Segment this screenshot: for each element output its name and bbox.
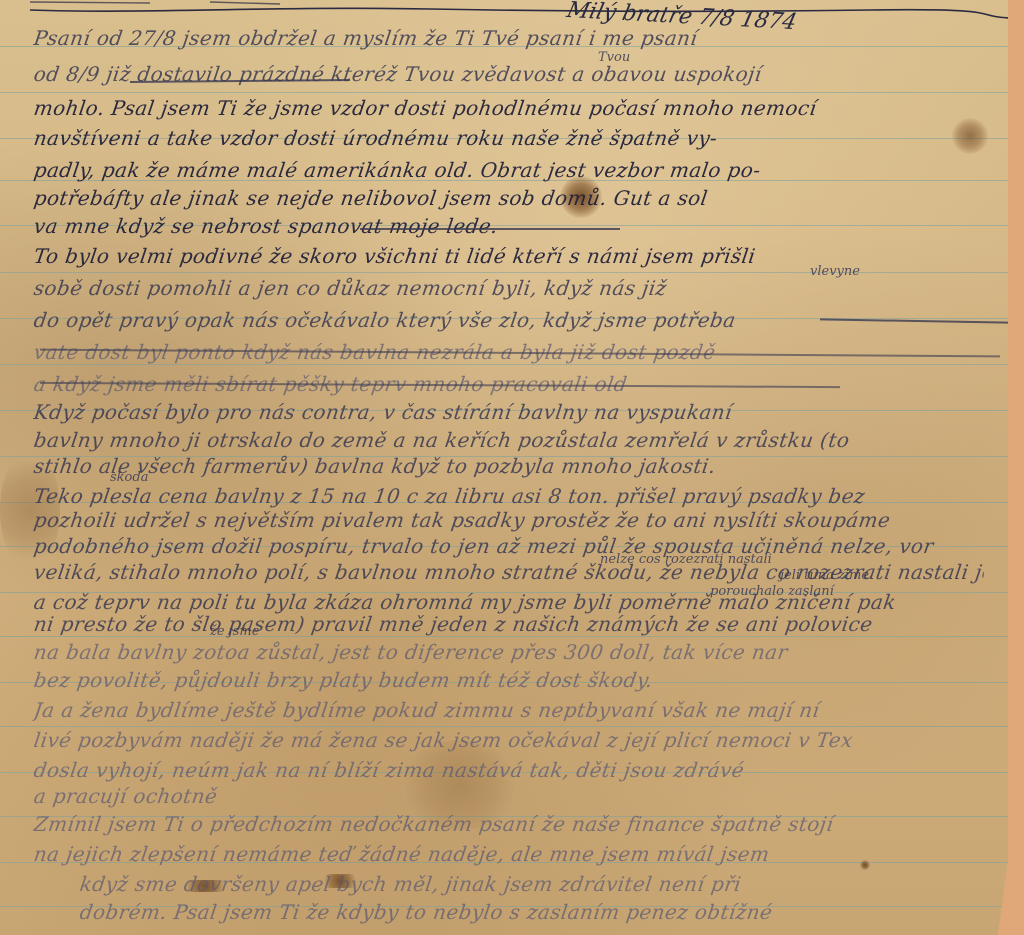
letter-line: dobrém. Psal jsem Ti že kdyby to nebylo …: [78, 900, 985, 924]
letter-line: potřebáfty ale jinak se nejde nelibovol …: [32, 186, 985, 210]
ruled-line: [0, 364, 1008, 365]
letter-line: stihlo ale všech farmerův) bavlna když t…: [32, 454, 985, 478]
letter-line: a pracují ochotně: [32, 784, 985, 808]
letter-line: Psaní od 27/8 jsem obdržel a myslím že T…: [32, 26, 985, 50]
letter-line: Když počasí bylo pro nás contra, v čas s…: [32, 400, 985, 424]
interlinear-note: vlevyne: [810, 264, 860, 279]
interlinear-note: jeli tuna zime: [780, 568, 869, 583]
letter-line: sobě dosti pomohli a jen co důkaz nemocn…: [32, 276, 985, 300]
letter-line: na bala bavlny zotoa zůstal, jest to dif…: [32, 640, 985, 664]
letter-line: Teko plesla cena bavlny z 15 na 10 c za …: [32, 484, 985, 508]
letter-line: navštíveni a take vzdor dosti úrodnému r…: [32, 126, 985, 150]
interlinear-note: Tvou: [598, 50, 630, 65]
letter-line: bez povolitě, půjdouli brzy platy budem …: [32, 668, 985, 692]
interlinear-note: skoda: [110, 470, 148, 485]
interlinear-note: že jsme: [210, 624, 259, 639]
letter-line: padly, pak že máme malé amerikánka old. …: [32, 158, 985, 182]
letter-line: když sme dovršeny apel bych měl, jinak j…: [78, 872, 985, 896]
letter-line: va mne když se nebrost spanovat moje led…: [32, 214, 985, 238]
strikethrough: [360, 228, 620, 230]
ruled-line: [0, 726, 1008, 727]
letter-line: dosla vyhojí, neúm jak na ní blíží zima …: [32, 758, 985, 782]
letter-line: ni presto že to šlo pasem) pravil mně je…: [32, 612, 985, 636]
header-underline-scrawl: [30, 0, 1010, 24]
letter-line: Zmínil jsem Ti o předchozím nedočkaném p…: [32, 812, 985, 836]
ruled-line: [0, 92, 1008, 93]
letter-line: bavlny mnoho ji otrskalo do země a na ke…: [32, 428, 985, 452]
interlinear-note: porouchalo zaslaní: [710, 584, 834, 599]
interlinear-note: nelze cos rozezrati nastali: [600, 552, 772, 567]
letter-line: Ja a žena bydlíme ještě bydlíme pokud zi…: [32, 698, 985, 722]
letter-line: livé pozbyvám naději že má žena se jak j…: [32, 728, 985, 752]
letter-line: a což teprv na poli tu byla zkáza ohromn…: [32, 590, 985, 614]
letter-line: pozhoili udržel s největším pivalem tak …: [32, 508, 985, 532]
letter-line: na jejich zlepšení nemáme teď žádné nadě…: [32, 842, 985, 866]
letter-line: podobného jsem dožil pospíru, trvalo to …: [32, 534, 985, 558]
letter-page: Milý bratře 7/8 1874 Psaní od 27/8 jsem …: [0, 0, 1008, 935]
ruled-line: [0, 636, 1008, 637]
letter-line: mohlo. Psal jsem Ti že jsme vzdor dosti …: [32, 96, 985, 120]
